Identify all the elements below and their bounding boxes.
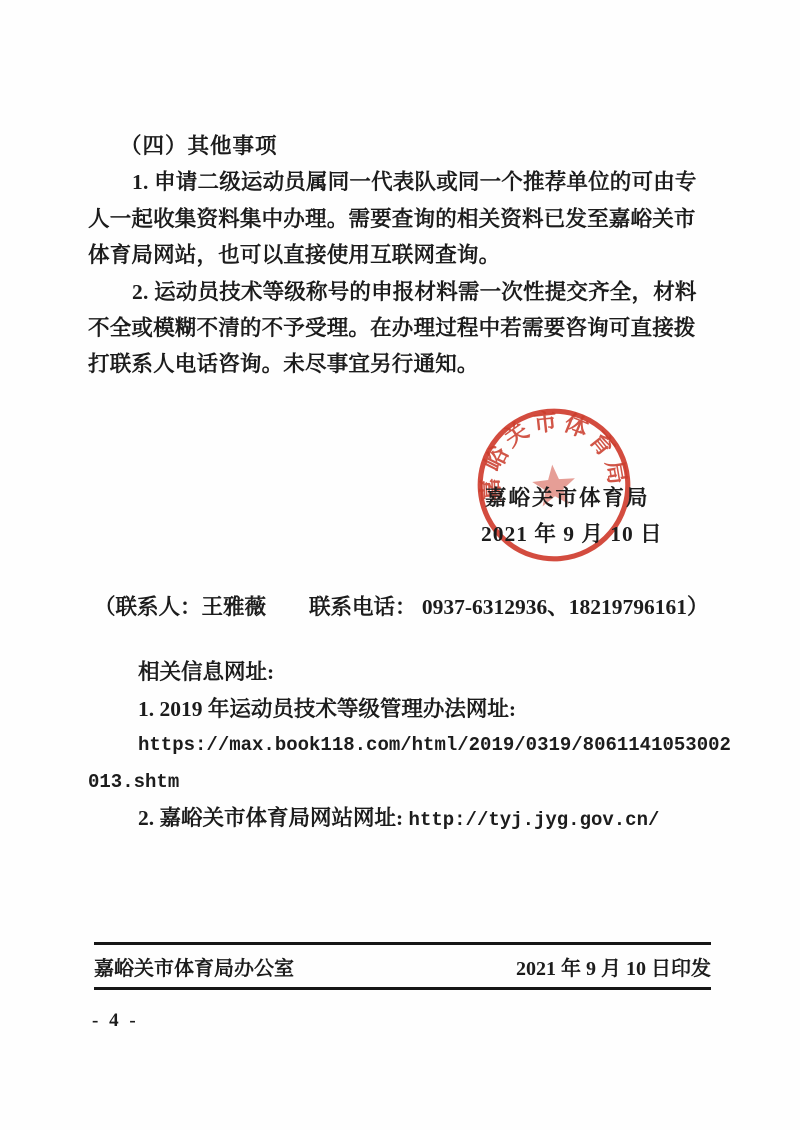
related-links-section: 相关信息网址: 1. 2019 年运动员技术等级管理办法网址: https://…: [88, 654, 736, 837]
paragraph1-line: 1. 申请二级运动员属同一代表队或同一个推荐单位的可由专: [88, 164, 716, 200]
scanned-document-page: （四）其他事项 1. 申请二级运动员属同一代表队或同一个推荐单位的可由专 人一起…: [0, 0, 800, 1130]
link-item-1-label: 1. 2019 年运动员技术等级管理办法网址:: [88, 691, 736, 728]
paragraph1-line: 体育局网站，也可以直接使用互联网查询。: [88, 237, 716, 273]
link-item-1-url-line-2: 013.shtm: [88, 764, 736, 801]
seal-org-name: 嘉峪关市体育局: [485, 481, 650, 512]
footer-print-date: 2021 年 9 月 10 日印发: [516, 952, 711, 981]
footer-rule-top: [94, 942, 711, 945]
links-title: 相关信息网址:: [88, 654, 736, 691]
link-item-1-url-line-1: https://max.book118.com/html/2019/0319/8…: [88, 727, 736, 764]
link-item-2: 2. 嘉峪关市体育局网站网址: http://tyj.jyg.gov.cn/: [88, 800, 736, 837]
seal-date: 2021 年 9 月 10 日: [481, 517, 663, 548]
footer-row: 嘉峪关市体育局办公室 2021 年 9 月 10 日印发: [94, 952, 711, 981]
footer-rule-bottom: [94, 987, 711, 990]
document-body: （四）其他事项 1. 申请二级运动员属同一代表队或同一个推荐单位的可由专 人一起…: [88, 128, 716, 383]
section-heading: （四）其他事项: [88, 128, 716, 164]
paragraph2-line: 2. 运动员技术等级称号的申报材料需一次性提交齐全，材料: [88, 274, 716, 310]
link-item-2-label: 2. 嘉峪关市体育局网站网址:: [138, 806, 409, 830]
contact-info: （联系人：王雅薇 联系电话： 0937-6312936、18219796161）: [94, 590, 709, 621]
footer-office-name: 嘉峪关市体育局办公室: [94, 952, 294, 981]
paragraph2-line: 不全或模糊不清的不予受理。在办理过程中若需要咨询可直接拨: [88, 310, 716, 346]
link-item-2-url: http://tyj.jyg.gov.cn/: [409, 809, 660, 831]
page-number: - 4 -: [92, 1010, 139, 1032]
paragraph1-line: 人一起收集资料集中办理。需要查询的相关资料已发至嘉峪关市: [88, 201, 716, 237]
paragraph2-line: 打联系人电话咨询。未尽事宜另行通知。: [88, 346, 716, 382]
